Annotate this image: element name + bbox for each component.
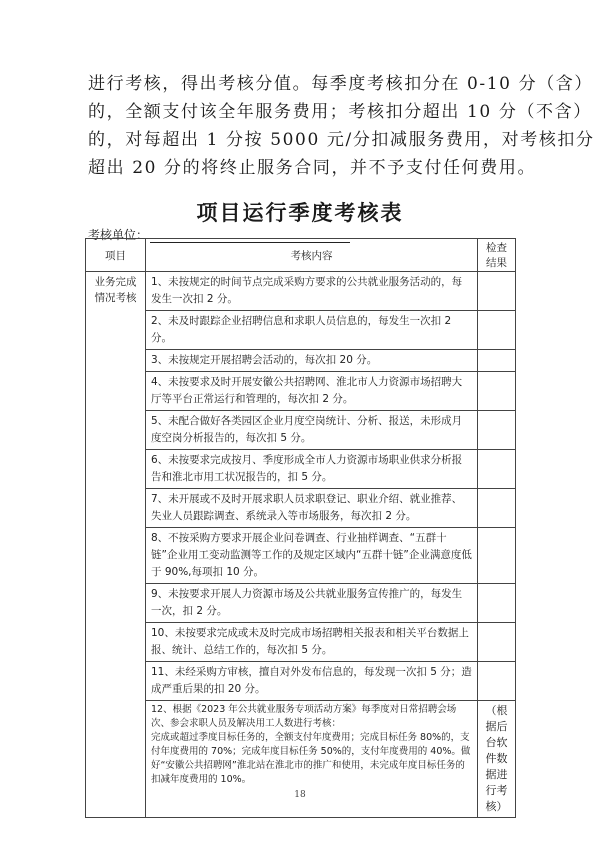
content-cell: 1、未按规定的时间节点完成采购方要求的公共就业服务活动的，每发生一次扣 2 分。 (146, 272, 478, 311)
paragraph-line: 超出 20 分的将终止服务合同，并不予支付任何费用。 (88, 154, 528, 182)
content-cell: 7、未开展或不及时开展求职人员求职登记、职业介绍、就业推荐、失业人员跟踪调查、系… (146, 489, 478, 528)
category-cell: 业务完成情况考核 (86, 272, 146, 818)
paragraph-line: 进行考核，得出考核分值。每季度考核扣分在 0-10 分（含） (88, 70, 528, 98)
table-row: 9、未按要求开展人力资源市场及公共就业服务宣传推广的，每发生一次，扣 2 分。 (86, 584, 516, 623)
content-cell: 5、未配合做好各类园区企业月度空岗统计、分析、报送，未形成月度空岗分析报告的，每… (146, 411, 478, 450)
paragraph-line: 的，全额支付该全年服务费用；考核扣分超出 10 分（不含） (88, 98, 528, 126)
assessment-table: 项目 考核内容 检查结果 业务完成情况考核 1、未按规定的时间节点完成采购方要求… (85, 238, 516, 818)
result-cell[interactable] (478, 372, 516, 411)
table-header-row: 项目 考核内容 检查结果 (86, 239, 516, 272)
result-cell[interactable] (478, 662, 516, 701)
header-content: 考核内容 (146, 239, 478, 272)
result-cell[interactable] (478, 311, 516, 350)
content-cell: 4、未按要求及时开展安徽公共招聘网、淮北市人力资源市场招聘大厅等平台正常运行和管… (146, 372, 478, 411)
result-cell[interactable] (478, 489, 516, 528)
table-row: 3、未按规定开展招聘会活动的，每次扣 20 分。 (86, 350, 516, 372)
result-cell[interactable] (478, 528, 516, 584)
content-cell: 9、未按要求开展人力资源市场及公共就业服务宣传推广的，每发生一次，扣 2 分。 (146, 584, 478, 623)
table-title: 项目运行季度考核表 (0, 197, 600, 227)
result-cell[interactable] (478, 272, 516, 311)
table-row: 8、不按采购方要求开展企业问卷调查、行业抽样调查、“五群十链”企业用工变动监测等… (86, 528, 516, 584)
result-cell[interactable] (478, 450, 516, 489)
content-cell: 6、未按要求完成按月、季度形成全市人力资源市场职业供求分析报告和淮北市用工状况报… (146, 450, 478, 489)
table-row: 业务完成情况考核 1、未按规定的时间节点完成采购方要求的公共就业服务活动的，每发… (86, 272, 516, 311)
table-row: 4、未按要求及时开展安徽公共招聘网、淮北市人力资源市场招聘大厅等平台正常运行和管… (86, 372, 516, 411)
result-cell[interactable] (478, 584, 516, 623)
content-line: 完成或超过季度目标任务的，全额支付年度费用；完成目标任务 80%的，支付年度费用… (151, 731, 472, 787)
page-number: 18 (0, 790, 600, 800)
content-cell: 3、未按规定开展招聘会活动的，每次扣 20 分。 (146, 350, 478, 372)
table-row: 7、未开展或不及时开展求职人员求职登记、职业介绍、就业推荐、失业人员跟踪调查、系… (86, 489, 516, 528)
content-cell: 8、不按采购方要求开展企业问卷调查、行业抽样调查、“五群十链”企业用工变动监测等… (146, 528, 478, 584)
table-row: 10、未按要求完成或未及时完成市场招聘相关报表和相关平台数据上报、统计、总结工作… (86, 623, 516, 662)
paragraph-line: 的，对每超出 1 分按 5000 元/分扣减服务费用，对考核扣分 (88, 126, 528, 154)
header-result: 检查结果 (478, 239, 516, 272)
table-row: 11、未经采购方审核，擅自对外发布信息的，每发现一次扣 5 分；造成严重后果的扣… (86, 662, 516, 701)
header-item: 项目 (86, 239, 146, 272)
result-cell[interactable] (478, 350, 516, 372)
table-row: 5、未配合做好各类园区企业月度空岗统计、分析、报送，未形成月度空岗分析报告的，每… (86, 411, 516, 450)
content-line: 12、根据《2023 年公共就业服务专项活动方案》每季度对日常招聘会场次、参会求… (151, 703, 472, 731)
content-cell: 10、未按要求完成或未及时完成市场招聘相关报表和相关平台数据上报、统计、总结工作… (146, 623, 478, 662)
intro-paragraph: 进行考核，得出考核分值。每季度考核扣分在 0-10 分（含） 的，全额支付该全年… (88, 70, 528, 182)
result-cell[interactable] (478, 411, 516, 450)
result-cell[interactable] (478, 623, 516, 662)
content-cell: 11、未经采购方审核，擅自对外发布信息的，每发现一次扣 5 分；造成严重后果的扣… (146, 662, 478, 701)
table-row: 6、未按要求完成按月、季度形成全市人力资源市场职业供求分析报告和淮北市用工状况报… (86, 450, 516, 489)
content-cell: 2、未及时跟踪企业招聘信息和求职人员信息的，每发生一次扣 2 分。 (146, 311, 478, 350)
table-row: 2、未及时跟踪企业招聘信息和求职人员信息的，每发生一次扣 2 分。 (86, 311, 516, 350)
